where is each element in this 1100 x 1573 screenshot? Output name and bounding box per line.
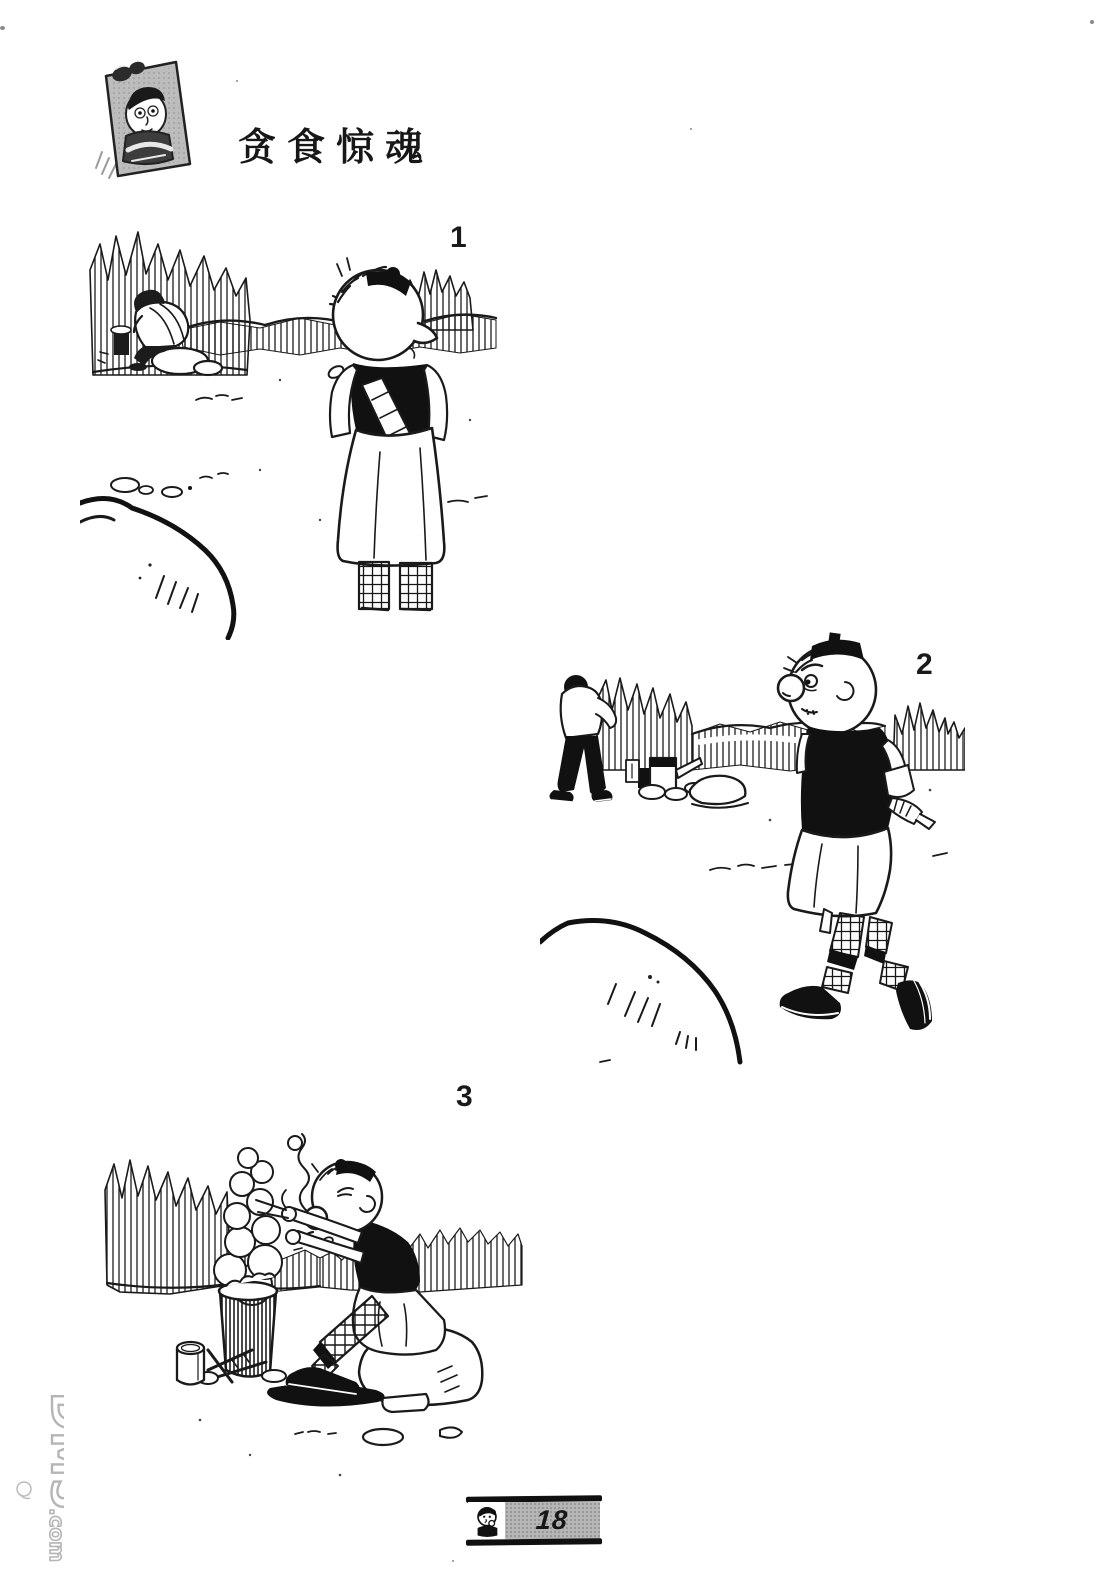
scan-speck [236,80,238,82]
black-vest [801,726,895,836]
plaid-legging [830,913,864,957]
cooking-pot-campfire [198,1273,286,1384]
foreground-rock [80,499,234,638]
sneaker [896,980,932,1030]
chapter-title: 贪食惊魂 [238,116,434,171]
comic-panel-1 [80,220,500,640]
page-number: 18 [535,1505,569,1536]
site-watermark: DM5 .com [0,1386,64,1573]
plaid-trouser-leg [359,562,389,609]
footer-mascot-icon [468,1502,505,1539]
main-character-walking [778,632,935,1030]
foreground-rock [540,921,740,1062]
nose [778,675,804,701]
watermark-suffix-text: .com [45,1508,64,1562]
plaid-trouser-leg [400,563,432,609]
corner-logo-pinned-note-icon [92,56,198,182]
scan-speck [0,26,5,30]
comic-page: { "header": { "title": "贪食惊魂" }, "panels… [0,0,1100,1573]
page-number-band: 18 [505,1502,600,1539]
page-footer: 18 [468,1496,600,1545]
watermark-mascot-icon [17,1482,31,1496]
tin-can [177,1342,204,1385]
scan-speck [452,1560,454,1562]
long-robe [338,428,445,566]
long-robe [788,828,891,916]
scan-speck [1090,20,1094,24]
watermark-main-text: DM5 [41,1392,64,1511]
footer-rule-bottom [466,1538,602,1545]
ground-pebbles [199,1419,462,1477]
comic-panel-2 [540,630,965,1065]
comic-panel-3 [80,1080,525,1510]
scan-speck [690,128,692,130]
